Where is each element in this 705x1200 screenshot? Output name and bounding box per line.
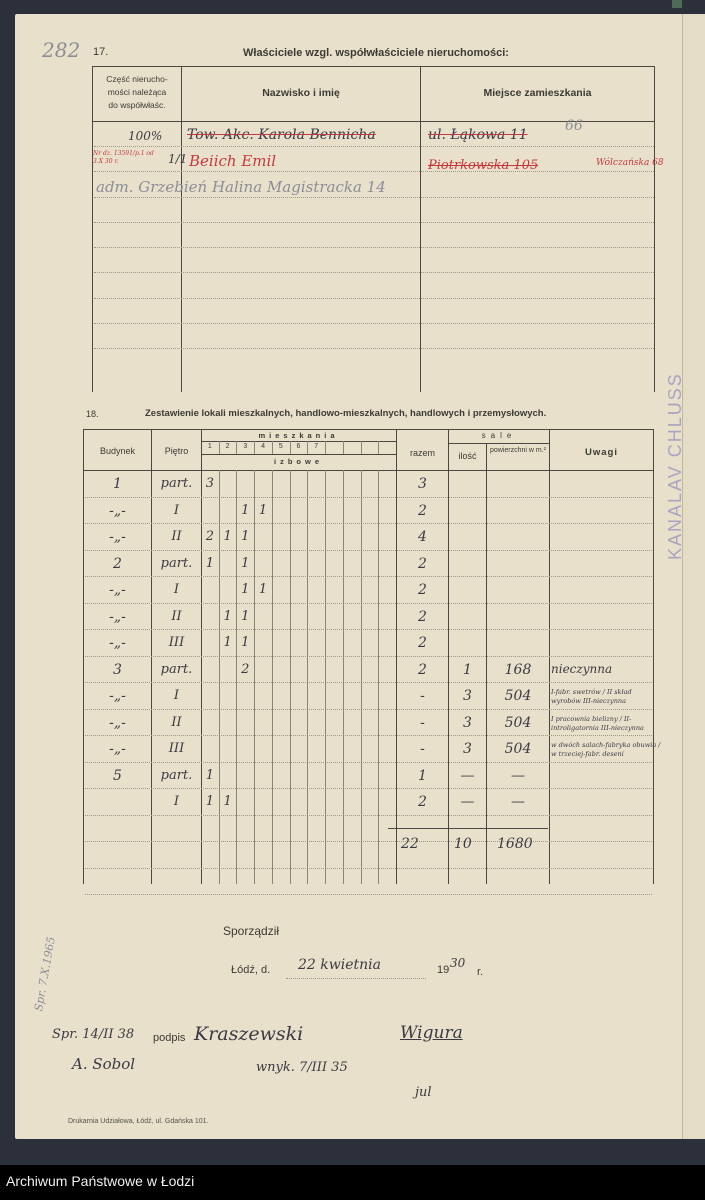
cell-hall-area: 504: [487, 715, 549, 731]
cell-rooms: 1: [236, 556, 254, 571]
cell-remarks: I pracownia bielizny / II-introligatorni…: [551, 715, 661, 733]
cell-total: -: [397, 741, 448, 757]
cell-building: -„-: [84, 741, 151, 757]
room-count-header: 4: [254, 443, 272, 450]
room-count-header: 5: [272, 443, 290, 450]
cell-building: -„-: [84, 688, 151, 704]
header-residence: Miejsce zamieszkania: [421, 87, 654, 99]
cell-rooms: 1: [254, 503, 272, 518]
cell-floor: part.: [152, 768, 201, 783]
total-halls: 10: [454, 836, 472, 852]
cell-hall-count: —: [449, 794, 486, 810]
row1-share: 100%: [128, 129, 162, 143]
year-suffix: 30: [450, 956, 465, 970]
cell-total: 1: [397, 768, 448, 784]
row2-share-note: Nr dz. 13591/p.1 od 3.X 30 r.: [93, 150, 163, 166]
cell-rooms: 1: [236, 503, 254, 518]
cell-total: 2: [397, 635, 448, 651]
date-handwritten: 22 kwietnia: [298, 957, 381, 973]
header-count: ilość: [449, 451, 486, 461]
cell-rooms: 1: [219, 635, 237, 650]
prepared-by-label: Sporządził: [223, 924, 279, 938]
cell-rooms: 1: [219, 529, 237, 544]
cell-rooms: 1: [236, 635, 254, 650]
header-share: Część nierucho- mości należąca do współw…: [93, 73, 181, 112]
cell-total: 2: [397, 582, 448, 598]
cell-floor: part.: [152, 556, 201, 571]
cell-rooms: 1: [236, 582, 254, 597]
cell-building: -„-: [84, 635, 151, 651]
cell-building: -„-: [84, 529, 151, 545]
header-area: powierzchni w m.²: [487, 446, 549, 456]
year-prefix: 19: [437, 964, 449, 976]
cell-remarks: w dwóch salach-fabryka obuwia / w trzeci…: [551, 741, 661, 759]
row2-residence-struck: Piotrkowska 105: [428, 158, 538, 173]
cell-hall-count: 3: [449, 741, 486, 757]
cell-floor: I: [152, 582, 201, 597]
cell-rooms: 1: [219, 609, 237, 624]
cell-total: -: [397, 715, 448, 731]
cell-hall-count: 1: [449, 662, 486, 678]
header-floor: Piętro: [152, 446, 201, 456]
room-count-header: 2: [219, 443, 237, 450]
header-rooms: izbowe: [201, 457, 396, 466]
row1-name: Tow. Akc. Karola Bennicha: [187, 127, 376, 143]
cell-floor: part.: [152, 662, 201, 677]
cell-floor: I: [152, 688, 201, 703]
total-rooms: 22: [401, 836, 419, 852]
signature-1: Kraszewski: [194, 1023, 303, 1045]
header-remarks: Uwagi: [550, 447, 653, 458]
cell-total: 2: [397, 662, 448, 678]
header-building: Budynek: [84, 446, 151, 456]
cell-rooms: 1: [254, 582, 272, 597]
cell-hall-area: 504: [487, 741, 549, 757]
cell-rooms: 3: [201, 476, 219, 491]
row1-residence: ul. Łąkowa 11: [428, 127, 528, 143]
place-label: Łódź, d.: [231, 964, 270, 976]
cell-hall-count: 3: [449, 715, 486, 731]
note-mid: wnyk. 7/III 35: [256, 1060, 348, 1075]
cell-rooms: 2: [201, 529, 219, 544]
archive-stamp: KANALAV CHLUSS: [665, 372, 686, 560]
signature-2: Wigura: [400, 1023, 463, 1043]
archive-label: Archiwum Państwowe w Łodzi: [6, 1173, 194, 1189]
section18-title: Zestawienie lokali mieszkalnych, handlow…: [145, 408, 546, 419]
header-name: Nazwisko i imię: [182, 87, 420, 99]
cell-building: -„-: [84, 503, 151, 519]
signature-label: podpis: [153, 1032, 185, 1044]
cell-floor: I: [152, 794, 201, 809]
row2-name: Beiich Emil: [189, 152, 276, 170]
section17-title: Właściciele wzgl. współwłaściciele nieru…: [243, 47, 509, 59]
row2-residence-new: Wólczańska 68: [596, 158, 664, 168]
cell-floor: II: [152, 609, 201, 624]
header-halls: sale: [449, 431, 549, 440]
cell-total: 2: [397, 794, 448, 810]
room-count-header: 7: [307, 443, 325, 450]
header-apartments: mieszkania: [201, 431, 396, 440]
cell-floor: II: [152, 529, 201, 544]
cell-total: 4: [397, 529, 448, 545]
cell-rooms: 1: [201, 794, 219, 809]
cell-hall-area: 504: [487, 688, 549, 704]
row2-share: 1/1: [168, 152, 187, 166]
cell-total: 2: [397, 503, 448, 519]
cell-total: -: [397, 688, 448, 704]
note-left-signature: A. Sobol: [72, 1055, 135, 1073]
cell-floor: III: [152, 741, 201, 756]
cell-rooms: 1: [236, 529, 254, 544]
header-total: razem: [397, 448, 448, 458]
section18-number: 18.: [86, 409, 99, 419]
section17-number: 17.: [93, 46, 108, 58]
cell-floor: III: [152, 635, 201, 650]
cell-building: -„-: [84, 609, 151, 625]
cell-rooms: 1: [219, 794, 237, 809]
cell-total: 2: [397, 609, 448, 625]
cell-building: -„-: [84, 582, 151, 598]
page-number: 282: [42, 38, 80, 62]
cell-remarks: nieczynna: [551, 662, 651, 676]
total-area: 1680: [497, 836, 533, 852]
cell-hall-area: —: [487, 794, 549, 810]
cell-hall-count: 3: [449, 688, 486, 704]
room-count-header: 1: [201, 443, 219, 450]
printer-imprint: Drukarnia Udziałowa, Łódź, ul. Gdańska 1…: [68, 1118, 208, 1125]
cell-building: 5: [84, 768, 151, 784]
cell-remarks: I-fabr. swetrów / II skład wyrobów III-n…: [551, 688, 661, 706]
row1-residence-note: 66: [565, 118, 583, 134]
cell-building: -„-: [84, 715, 151, 731]
cell-rooms: 1: [201, 768, 219, 783]
cell-building: 3: [84, 662, 151, 678]
room-count-header: 3: [236, 443, 254, 450]
row3-administrator: adm. Grzebień Halina Magistracka 14: [96, 178, 386, 196]
adjacent-page-edge: [682, 14, 705, 1139]
cell-building: 2: [84, 556, 151, 572]
year-end: r.: [477, 966, 483, 978]
room-count-header: 6: [290, 443, 308, 450]
binding-strip: [672, 0, 682, 8]
cell-rooms: 2: [236, 662, 254, 677]
cell-hall-count: —: [449, 768, 486, 784]
note-left: Spr. 14/II 38: [52, 1027, 134, 1042]
cell-rooms: 1: [236, 609, 254, 624]
cell-hall-area: 168: [487, 662, 549, 678]
cell-building: 1: [84, 476, 151, 492]
cell-floor: I: [152, 503, 201, 518]
cell-rooms: 1: [201, 556, 219, 571]
cell-total: 2: [397, 556, 448, 572]
cell-floor: II: [152, 715, 201, 730]
archive-footer-bar: Archiwum Państwowe w Łodzi: [0, 1165, 705, 1200]
cell-hall-area: —: [487, 768, 549, 784]
cell-total: 3: [397, 476, 448, 492]
note-mid-signature: jul: [415, 1085, 432, 1100]
cell-floor: part.: [152, 476, 201, 491]
